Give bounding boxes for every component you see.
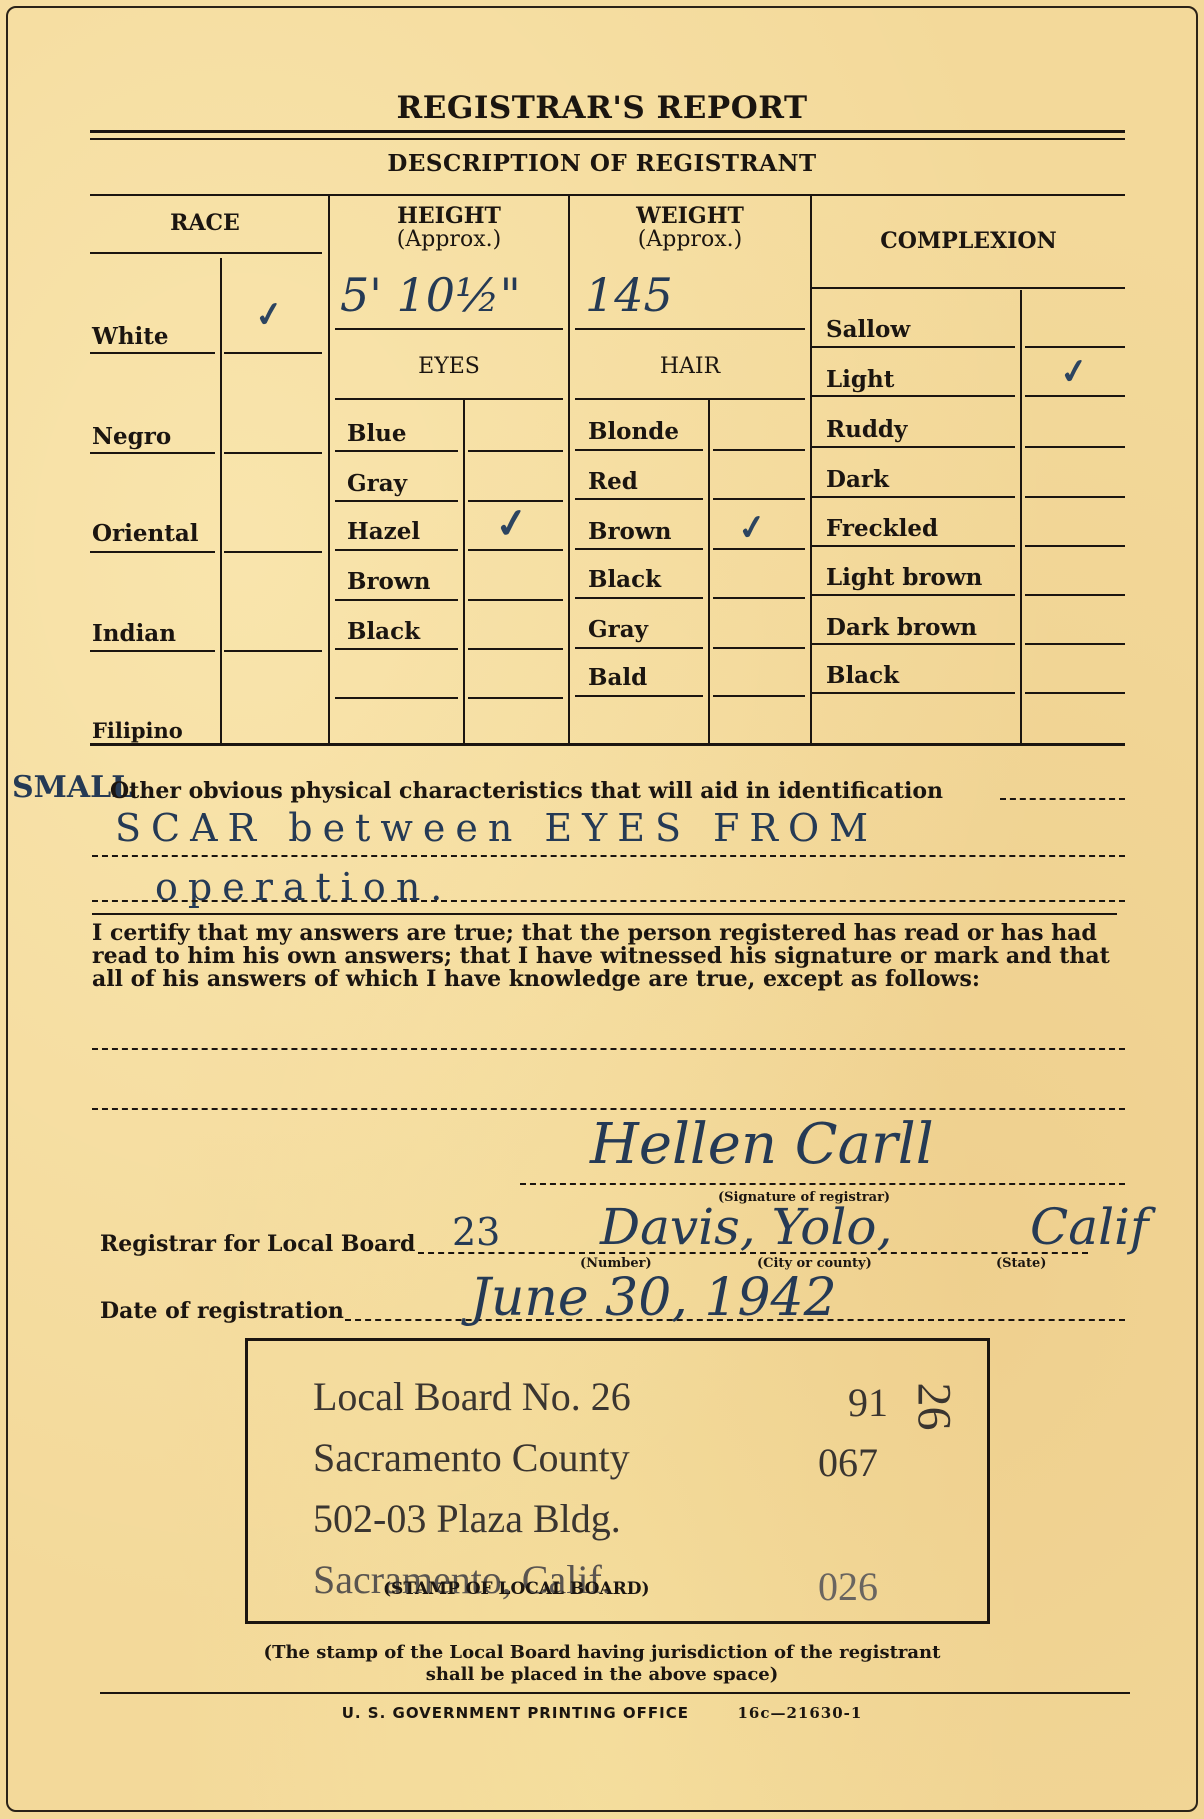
eyes-rule xyxy=(335,599,458,601)
race-white-label: White xyxy=(92,325,169,348)
complexion-check-rule xyxy=(1025,346,1125,348)
document-title: REGISTRAR'S REPORT xyxy=(0,90,1204,126)
printer-name: U. S. GOVERNMENT PRINTING OFFICE xyxy=(342,1704,689,1722)
complexion-light-check[interactable]: ✓ xyxy=(1057,350,1091,394)
race-oriental-label: Oriental xyxy=(92,522,199,545)
registrar-signature[interactable]: Hellen Carll xyxy=(590,1112,934,1177)
complexion-rule xyxy=(812,594,1015,596)
eyes-rule xyxy=(335,500,458,502)
complexion-freckled-label: Freckled xyxy=(826,517,938,540)
race-header-rule xyxy=(90,252,322,254)
eyes-rule xyxy=(335,648,458,650)
complexion-check-rule xyxy=(1025,692,1125,694)
complexion-rule xyxy=(812,346,1015,348)
weight-value-rule xyxy=(575,328,805,330)
divider-race-check xyxy=(220,258,222,744)
complexion-rule xyxy=(812,643,1015,645)
complexion-light-brown-label: Light brown xyxy=(826,566,982,589)
complexion-rule xyxy=(812,692,1015,694)
race-rule xyxy=(90,650,215,652)
title-rule-bottom xyxy=(90,138,1125,140)
stamp-caption: (STAMP OF LOCAL BOARD) xyxy=(383,1579,650,1599)
form-number: 16c—21630-1 xyxy=(737,1704,862,1722)
divider-hair-check xyxy=(708,400,710,744)
hair-gray-label: Gray xyxy=(588,618,648,641)
hair-header-rule xyxy=(575,398,805,400)
weight-header-label: WEIGHT xyxy=(570,205,810,228)
characteristics-line-2[interactable]: operation. xyxy=(155,865,452,909)
stamp-instructions-line-2: shall be placed in the above space) xyxy=(0,1664,1204,1686)
complexion-rule xyxy=(812,496,1015,498)
race-indian-checkbox[interactable] xyxy=(224,600,322,648)
stamp-line-1: Local Board No. 26 xyxy=(313,1373,631,1420)
characteristics-line-1-rule xyxy=(92,855,1125,857)
stamp-number-1: 91 xyxy=(848,1379,888,1426)
hair-rule xyxy=(575,498,703,500)
signature-line xyxy=(520,1183,1125,1185)
complexion-check-rule xyxy=(1025,446,1125,448)
local-board-number[interactable]: 23 xyxy=(452,1210,500,1254)
complexion-check-rule xyxy=(1025,594,1125,596)
table-top-rule xyxy=(90,194,1125,196)
weight-value[interactable]: 145 xyxy=(585,268,673,322)
characteristics-line-0 xyxy=(1000,798,1125,800)
eyes-gray-label: Gray xyxy=(347,472,407,495)
stamp-number-3: 026 xyxy=(818,1563,878,1610)
complexion-check-rule xyxy=(1025,643,1125,645)
height-header-sub: (Approx.) xyxy=(330,228,568,251)
eyes-header: EYES xyxy=(330,355,568,378)
race-check-rule xyxy=(224,352,322,354)
race-check-rule xyxy=(224,650,322,652)
characteristics-label: Other obvious physical characteristics t… xyxy=(110,780,943,802)
hair-brown-label: Brown xyxy=(588,520,671,543)
eyes-check-rule xyxy=(468,450,563,452)
hair-header: HAIR xyxy=(570,355,810,378)
race-filipino-checkbox[interactable] xyxy=(224,700,322,744)
weight-header-sub: (Approx.) xyxy=(570,228,810,251)
height-header: HEIGHT (Approx.) xyxy=(330,205,568,251)
printer-line: U. S. GOVERNMENT PRINTING OFFICE 16c—216… xyxy=(0,1704,1204,1722)
divider-eyes-check xyxy=(463,400,465,744)
complexion-check-rule xyxy=(1025,395,1125,397)
stamp-number-2: 067 xyxy=(818,1439,878,1486)
height-header-label: HEIGHT xyxy=(330,205,568,228)
stamp-line-3: 502-03 Plaza Bldg. xyxy=(313,1495,621,1542)
eyes-hazel-check[interactable]: ✓ xyxy=(492,498,532,549)
eyes-rule xyxy=(335,450,458,452)
local-board-city[interactable]: Davis, Yolo, xyxy=(600,1198,892,1256)
race-rule xyxy=(90,352,215,354)
complexion-black-label: Black xyxy=(826,664,899,687)
exceptions-line-1[interactable] xyxy=(92,1048,1125,1050)
race-negro-checkbox[interactable] xyxy=(224,400,322,448)
eyes-check-rule xyxy=(468,697,563,699)
complexion-header: COMPLEXION xyxy=(812,230,1125,253)
characteristics-line-1[interactable]: SCAR between EYES FROM xyxy=(115,806,878,850)
local-board-label: Registrar for Local Board xyxy=(100,1233,415,1255)
title-rule-top xyxy=(90,130,1125,133)
race-rule xyxy=(90,452,215,454)
local-board-state[interactable]: Calif xyxy=(1030,1198,1149,1256)
section-title: DESCRIPTION OF REGISTRANT xyxy=(0,150,1204,177)
eyes-check-rule xyxy=(468,599,563,601)
race-white-check[interactable]: ✓ xyxy=(252,293,286,337)
divider-complexion-check xyxy=(1020,290,1022,744)
date-label: Date of registration xyxy=(100,1300,344,1322)
complexion-ruddy-label: Ruddy xyxy=(826,418,907,441)
hair-rule xyxy=(575,597,703,599)
stamp-instructions: (The stamp of the Local Board having jur… xyxy=(0,1642,1204,1685)
hair-rule xyxy=(575,647,703,649)
local-board-stamp-box: Local Board No. 26 Sacramento County 502… xyxy=(245,1338,990,1624)
complexion-dark-label: Dark xyxy=(826,468,889,491)
race-filipino-label: Filipino xyxy=(92,720,183,741)
stamp-side-number: 26 xyxy=(907,1383,962,1431)
race-indian-label: Indian xyxy=(92,622,176,645)
hair-rule xyxy=(575,548,703,550)
complexion-sallow-label: Sallow xyxy=(826,318,910,341)
hair-check-rule xyxy=(713,449,805,451)
stamp-instructions-line-1: (The stamp of the Local Board having jur… xyxy=(0,1642,1204,1664)
hair-rule xyxy=(575,695,703,697)
divider-height-weight xyxy=(568,196,570,744)
exceptions-line-2[interactable] xyxy=(92,1108,1125,1110)
hair-check-rule xyxy=(713,695,805,697)
hair-rule xyxy=(575,449,703,451)
hair-check-rule xyxy=(713,597,805,599)
hair-black-label: Black xyxy=(588,568,661,591)
hair-blonde-label: Blonde xyxy=(588,420,679,443)
date-value[interactable]: June 30, 1942 xyxy=(470,1268,837,1328)
footer-rule xyxy=(100,1692,1130,1694)
hair-bald-label: Bald xyxy=(588,666,647,689)
race-negro-label: Negro xyxy=(92,425,171,448)
hair-check-rule xyxy=(713,647,805,649)
eyes-check-rule xyxy=(468,648,563,650)
characteristics-bottom-rule xyxy=(92,913,1117,915)
eyes-blue-label: Blue xyxy=(347,422,407,445)
hair-brown-check[interactable]: ✓ xyxy=(735,506,769,550)
eyes-hazel-label: Hazel xyxy=(347,520,420,543)
state-caption: (State) xyxy=(996,1256,1046,1271)
height-value[interactable]: 5' 10½" xyxy=(340,268,521,322)
complexion-rule xyxy=(812,545,1015,547)
complexion-dark-brown-label: Dark brown xyxy=(826,616,977,639)
eyes-rule xyxy=(335,549,458,551)
certification-text: I certify that my answers are true; that… xyxy=(92,922,1132,991)
complexion-check-rule xyxy=(1025,545,1125,547)
complexion-light-label: Light xyxy=(826,368,894,391)
eyes-header-rule xyxy=(335,398,563,400)
race-oriental-checkbox[interactable] xyxy=(224,500,322,548)
complexion-header-rule xyxy=(812,287,1125,289)
characteristics-line-2-rule xyxy=(92,900,1125,902)
table-bottom-rule xyxy=(90,743,1125,746)
complexion-rule xyxy=(812,446,1015,448)
race-check-rule xyxy=(224,551,322,553)
eyes-black-label: Black xyxy=(347,620,420,643)
complexion-check-rule xyxy=(1025,496,1125,498)
eyes-check-rule xyxy=(468,549,563,551)
eyes-rule xyxy=(335,697,458,699)
hair-check-rule xyxy=(713,548,805,550)
hair-check-rule xyxy=(713,498,805,500)
race-rule xyxy=(90,551,215,553)
weight-header: WEIGHT (Approx.) xyxy=(570,205,810,251)
stamp-line-2: Sacramento County xyxy=(313,1434,630,1481)
race-header: RACE xyxy=(90,212,320,235)
eyes-brown-label: Brown xyxy=(347,570,430,593)
height-value-rule xyxy=(335,328,563,330)
race-check-rule xyxy=(224,452,322,454)
divider-weight-complexion xyxy=(810,196,812,744)
complexion-rule xyxy=(812,395,1015,397)
hair-red-label: Red xyxy=(588,470,638,493)
divider-race-height xyxy=(328,196,330,744)
